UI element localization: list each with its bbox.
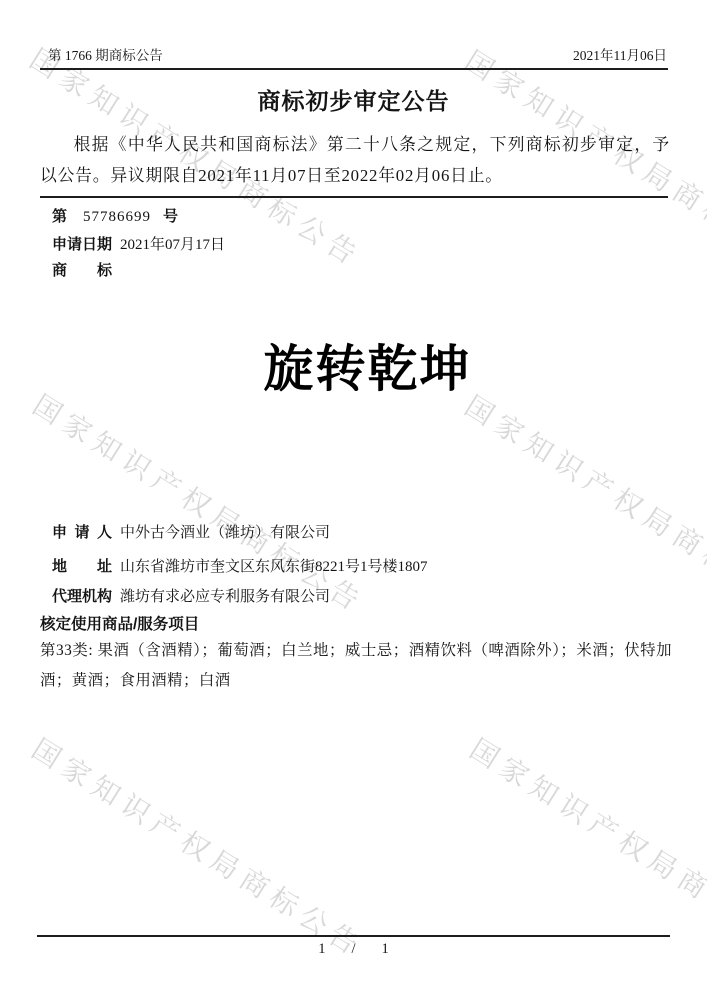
applicant-row: 申请人中外古今酒业（潍坊）有限公司 [52, 521, 330, 542]
page-number-current: 1 [318, 941, 325, 957]
application-date-value: 2021年07月17日 [120, 237, 225, 253]
application-date-row: 申请日期2021年07月17日 [52, 233, 225, 254]
watermark-text: 国家知识产权局商标公告 [25, 728, 373, 966]
watermark-text: 国家知识产权局商标公告 [458, 385, 707, 623]
applicant-value: 中外古今酒业（潍坊）有限公司 [120, 525, 330, 541]
goods-section-heading: 核定使用商品/服务项目 [40, 612, 199, 634]
watermark-text: 国家知识产权局商标公告 [463, 728, 707, 966]
gazette-date: 2021年11月06日 [573, 44, 667, 64]
registration-number: 57786699 [83, 209, 151, 225]
gazette-page: 国家知识产权局商标公告 国家知识产权局商标公告 国家知识产权局商标公告 国家知识… [0, 0, 707, 1000]
trademark-text: 旋转乾坤 [0, 338, 707, 400]
agency-label: 代理机构 [52, 585, 112, 606]
gazette-issue-label: 第 1766 期商标公告 [48, 44, 163, 64]
page-number: 1/1 [0, 941, 707, 958]
registration-number-row: 第57786699号 [52, 205, 178, 226]
notice-paragraph: 根据《中华人民共和国商标法》第二十八条之规定，下列商标初步审定，予以公告。异议期… [40, 129, 670, 191]
page-title: 商标初步审定公告 [0, 83, 707, 116]
page-number-total: 1 [382, 941, 389, 957]
agency-row: 代理机构潍坊有求必应专利服务有限公司 [52, 585, 330, 606]
number-prefix-label: 第 [52, 208, 67, 225]
trademark-label: 商标 [52, 259, 112, 280]
applicant-label: 申请人 [52, 521, 112, 542]
address-value: 山东省潍坊市奎文区东风东街8221号1号楼1807 [120, 559, 428, 575]
application-date-label: 申请日期 [52, 233, 112, 254]
trademark-label-row: 商标 [52, 259, 112, 280]
number-suffix-label: 号 [163, 208, 178, 225]
page-number-separator: / [351, 941, 355, 957]
agency-value: 潍坊有求必应专利服务有限公司 [120, 589, 330, 605]
footer-divider [37, 935, 670, 937]
goods-list: 第33类: 果酒（含酒精）；葡萄酒；白兰地；威士忌；酒精饮料（啤酒除外）；米酒；… [40, 636, 672, 696]
address-label: 地址 [52, 555, 112, 576]
header-divider [40, 68, 668, 70]
section-divider [40, 196, 668, 198]
address-row: 地址山东省潍坊市奎文区东风东街8221号1号楼1807 [52, 555, 428, 576]
